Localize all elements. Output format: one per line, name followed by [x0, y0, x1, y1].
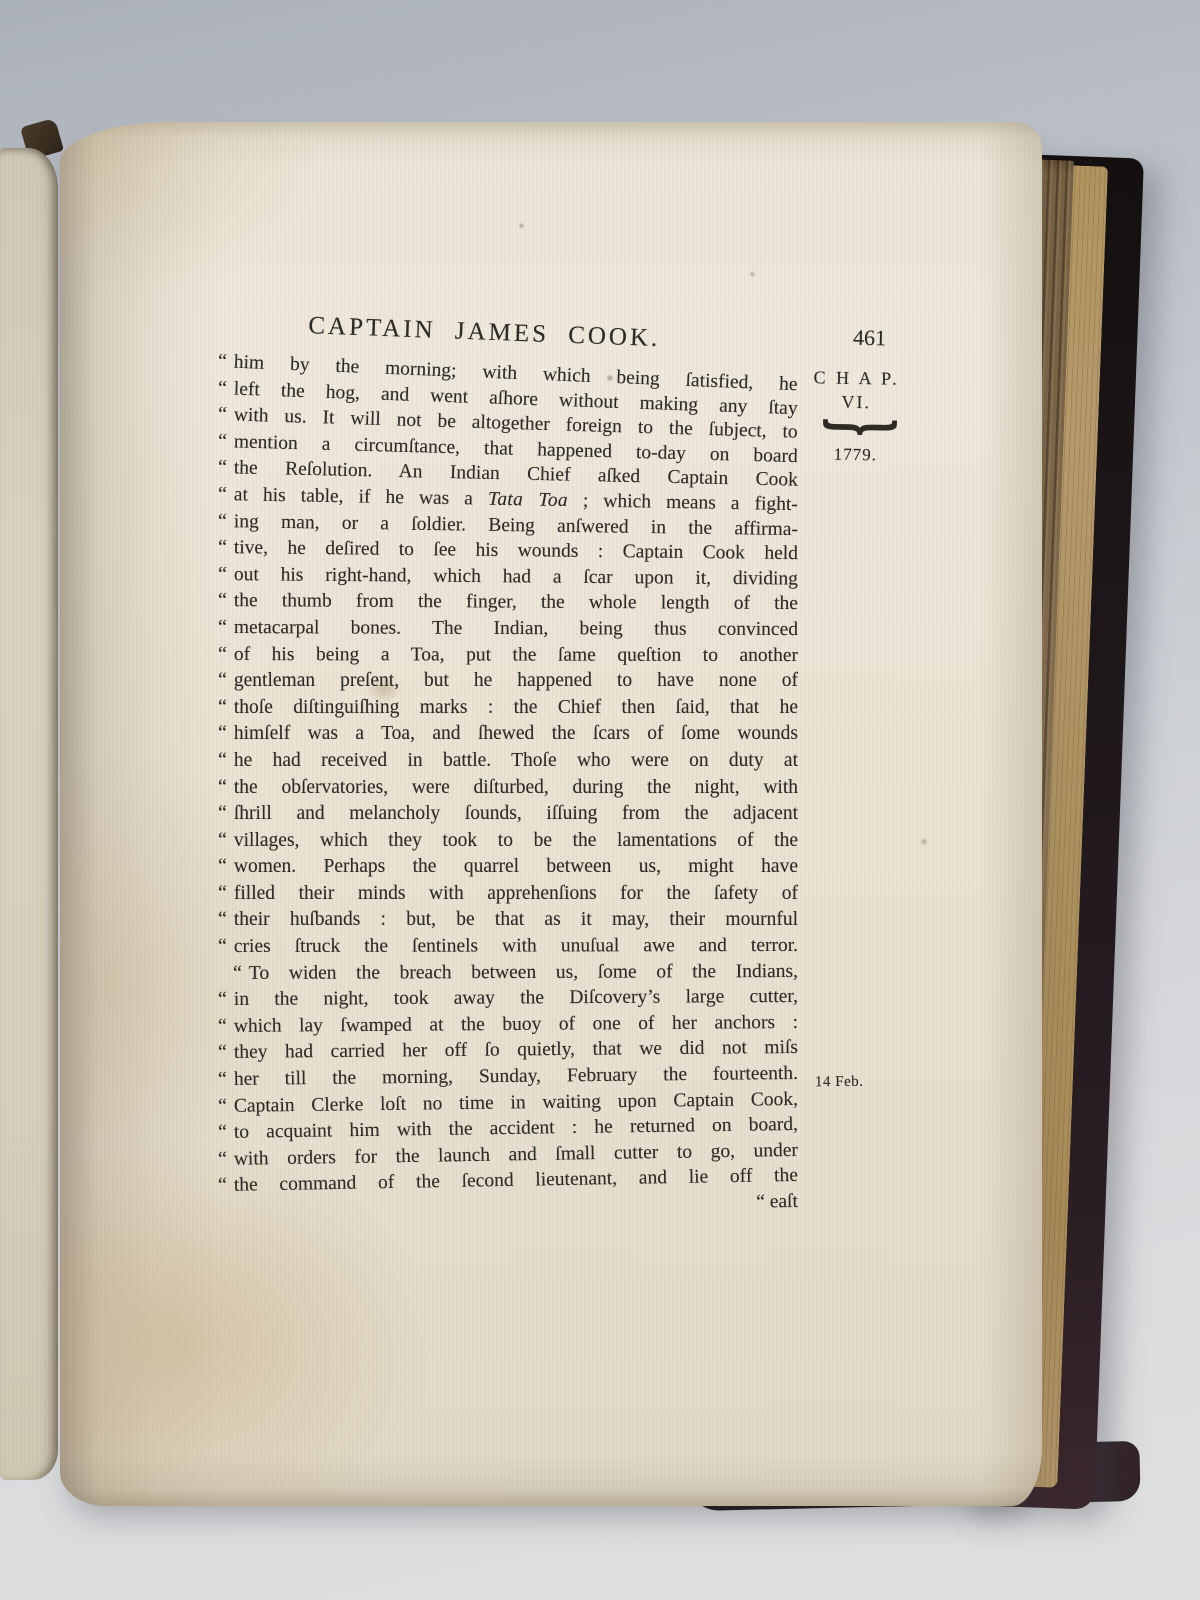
text-segment: ; which means a fight- — [568, 490, 798, 515]
text-line: “himſelf was a Toa, and ſhewed the ſcars… — [218, 720, 798, 747]
line-quote-mark: “ — [218, 456, 227, 478]
line-quote-mark: “ — [218, 616, 227, 638]
line-quote-mark: “ — [233, 962, 242, 984]
line-quote-mark: “ — [218, 510, 227, 532]
line-quote-mark: “ — [218, 749, 227, 771]
text-line: “gentleman preſent, but he happened to h… — [218, 667, 798, 694]
text-line: “thoſe diſtinguiſhing marks : the Chief … — [218, 694, 798, 721]
text-segment: her till the morning, Sunday, February t… — [234, 1063, 798, 1090]
line-quote-mark: “ — [218, 908, 227, 930]
line-quote-mark: “ — [218, 1148, 227, 1170]
line-quote-mark: “ — [218, 1174, 227, 1196]
catchword-text: “ eaſt — [756, 1191, 798, 1213]
page-number: 461 — [853, 325, 887, 352]
text-line: “villages, which they took to be the lam… — [218, 827, 798, 854]
text-segment: thoſe diſtinguiſhing marks : the Chief t… — [234, 697, 798, 718]
line-quote-mark: “ — [218, 589, 227, 611]
text-segment: cries ſtruck the ſentinels with unuſual … — [234, 935, 798, 957]
text-segment: out his right-hand, which had a ſcar upo… — [234, 564, 798, 589]
text-segment: metacarpal bones. The Indian, being thus… — [234, 617, 798, 640]
text-segment: gentleman preſent, but he happened to ha… — [234, 670, 798, 691]
line-quote-mark: “ — [218, 776, 227, 798]
line-text: their huſbands : but, be that as it may,… — [234, 909, 798, 930]
text-segment: they had carried her off ſo quietly, tha… — [234, 1037, 798, 1063]
line-quote-mark: “ — [218, 563, 227, 585]
line-text: the obſervatories, were diſturbed, durin… — [234, 777, 798, 798]
text-line: “in the night, took away the Diſcovery’s… — [218, 983, 798, 1013]
text-segment: of his being a Toa, put the ſame queſtio… — [234, 644, 798, 666]
line-quote-mark: “ — [218, 1095, 227, 1117]
text-segment: in the night, took away the Diſcovery’s … — [234, 986, 798, 1010]
line-text: women. Perhaps the quarrel between us, m… — [234, 856, 798, 877]
text-segment: villages, which they took to be the lame… — [234, 830, 798, 851]
line-text: of his being a Toa, put the ſame queſtio… — [234, 644, 798, 666]
line-quote-mark: “ — [218, 722, 227, 744]
line-quote-mark: “ — [218, 1015, 227, 1037]
text-segment: which lay ſwamped at the buoy of one of … — [234, 1012, 798, 1037]
line-quote-mark: “ — [218, 536, 227, 558]
line-text: To widen the breach between us, ſome of … — [249, 961, 798, 984]
date-margin-note: 14 Feb. — [815, 1074, 864, 1092]
line-text: her till the morning, Sunday, February t… — [234, 1063, 798, 1090]
chapter-label: C H A P. — [796, 367, 916, 390]
text-segment: at his table, if he was a — [234, 484, 488, 509]
text-segment: the obſervatories, were diſturbed, durin… — [234, 777, 798, 798]
text-line: “metacarpal bones. The Indian, being thu… — [218, 614, 798, 643]
line-text: which lay ſwamped at the buoy of one of … — [234, 1012, 798, 1037]
text-segment: the thumb from the finger, the whole len… — [234, 590, 798, 614]
line-text: villages, which they took to be the lame… — [234, 830, 798, 851]
line-text: in the night, took away the Diſcovery’s … — [234, 986, 798, 1010]
text-line: “filled their minds with apprehenſions f… — [218, 880, 798, 907]
line-text: he had received in battle. Thoſe who wer… — [234, 750, 798, 771]
line-quote-mark: “ — [218, 802, 227, 824]
line-quote-mark: “ — [218, 829, 227, 851]
line-text: out his right-hand, which had a ſcar upo… — [234, 564, 798, 589]
line-quote-mark: “ — [218, 1041, 227, 1063]
line-quote-mark: “ — [218, 935, 227, 957]
text-line: “women. Perhaps the quarrel between us, … — [218, 853, 798, 880]
book-page: CAPTAIN JAMES COOK. 461 C H A P. VI. { 1… — [60, 122, 1042, 1506]
line-text: gentleman preſent, but he happened to ha… — [234, 670, 798, 691]
text-line: “ſhrill and melancholy ſounds, iſſuing f… — [218, 800, 798, 827]
line-text: filled their minds with apprehenſions fo… — [234, 883, 798, 904]
brace-ornament: { — [796, 412, 916, 436]
body-text: “him by the morning; with which being ſa… — [218, 348, 798, 1226]
line-quote-mark: “ — [218, 988, 227, 1010]
text-line: “their huſbands : but, be that as it may… — [218, 906, 798, 933]
text-segment: To widen the breach between us, ſome of … — [249, 961, 798, 984]
line-quote-mark: “ — [218, 350, 228, 372]
line-text: himſelf was a Toa, and ſhewed the ſcars … — [234, 723, 798, 744]
line-quote-mark: “ — [218, 882, 227, 904]
line-text: they had carried her off ſo quietly, tha… — [234, 1037, 798, 1063]
line-text: metacarpal bones. The Indian, being thus… — [234, 617, 798, 640]
year-margin-note: 1779. — [795, 444, 915, 466]
text-line: “of his being a Toa, put the ſame queſti… — [218, 641, 798, 669]
text-segment: he had received in battle. Thoſe who wer… — [234, 750, 798, 771]
text-line: “the thumb from the finger, the whole le… — [218, 587, 798, 617]
line-text: “ eaſt — [756, 1191, 798, 1213]
chapter-margin-note: C H A P. VI. { 1779. — [795, 367, 917, 466]
chapter-number: VI. — [796, 391, 916, 414]
text-segment: women. Perhaps the quarrel between us, m… — [234, 856, 798, 877]
line-text: the thumb from the finger, the whole len… — [234, 590, 798, 614]
line-text: tive, he deſired to ſee his wounds : Cap… — [234, 537, 798, 564]
text-segment: filled their minds with apprehenſions fo… — [234, 883, 798, 904]
page-surface: CAPTAIN JAMES COOK. 461 C H A P. VI. { 1… — [60, 122, 1042, 1506]
photo-backdrop: CAPTAIN JAMES COOK. 461 C H A P. VI. { 1… — [0, 0, 1200, 1600]
line-quote-mark: “ — [218, 1068, 227, 1090]
line-text: thoſe diſtinguiſhing marks : the Chief t… — [234, 697, 798, 718]
line-quote-mark: “ — [218, 855, 227, 877]
text-line: “he had received in battle. Thoſe who we… — [218, 747, 798, 774]
line-quote-mark: “ — [218, 669, 227, 691]
line-quote-mark: “ — [218, 377, 228, 399]
line-quote-mark: “ — [218, 483, 227, 505]
brace-glyph: { — [816, 416, 896, 438]
text-segment: ſhrill and melancholy ſounds, iſſuing fr… — [234, 803, 798, 824]
line-quote-mark: “ — [218, 643, 227, 665]
text-line: “cries ſtruck the ſentinels with unuſual… — [218, 932, 798, 960]
text-segment: himſelf was a Toa, and ſhewed the ſcars … — [234, 723, 798, 744]
left-page-edge — [0, 148, 58, 1480]
line-quote-mark: “ — [218, 430, 227, 452]
text-line: “To widen the breach between us, ſome of… — [218, 958, 798, 987]
text-line: “the obſervatories, were diſturbed, duri… — [218, 774, 798, 801]
text-segment: their huſbands : but, be that as it may,… — [234, 909, 798, 930]
line-quote-mark: “ — [218, 403, 228, 425]
line-text: cries ſtruck the ſentinels with unuſual … — [234, 935, 798, 957]
line-text: ſhrill and melancholy ſounds, iſſuing fr… — [234, 803, 798, 824]
text-segment: tive, he deſired to ſee his wounds : Cap… — [234, 537, 798, 564]
line-quote-mark: “ — [218, 1121, 227, 1143]
text-segment: Tata Toa — [488, 489, 568, 511]
line-quote-mark: “ — [218, 696, 227, 718]
